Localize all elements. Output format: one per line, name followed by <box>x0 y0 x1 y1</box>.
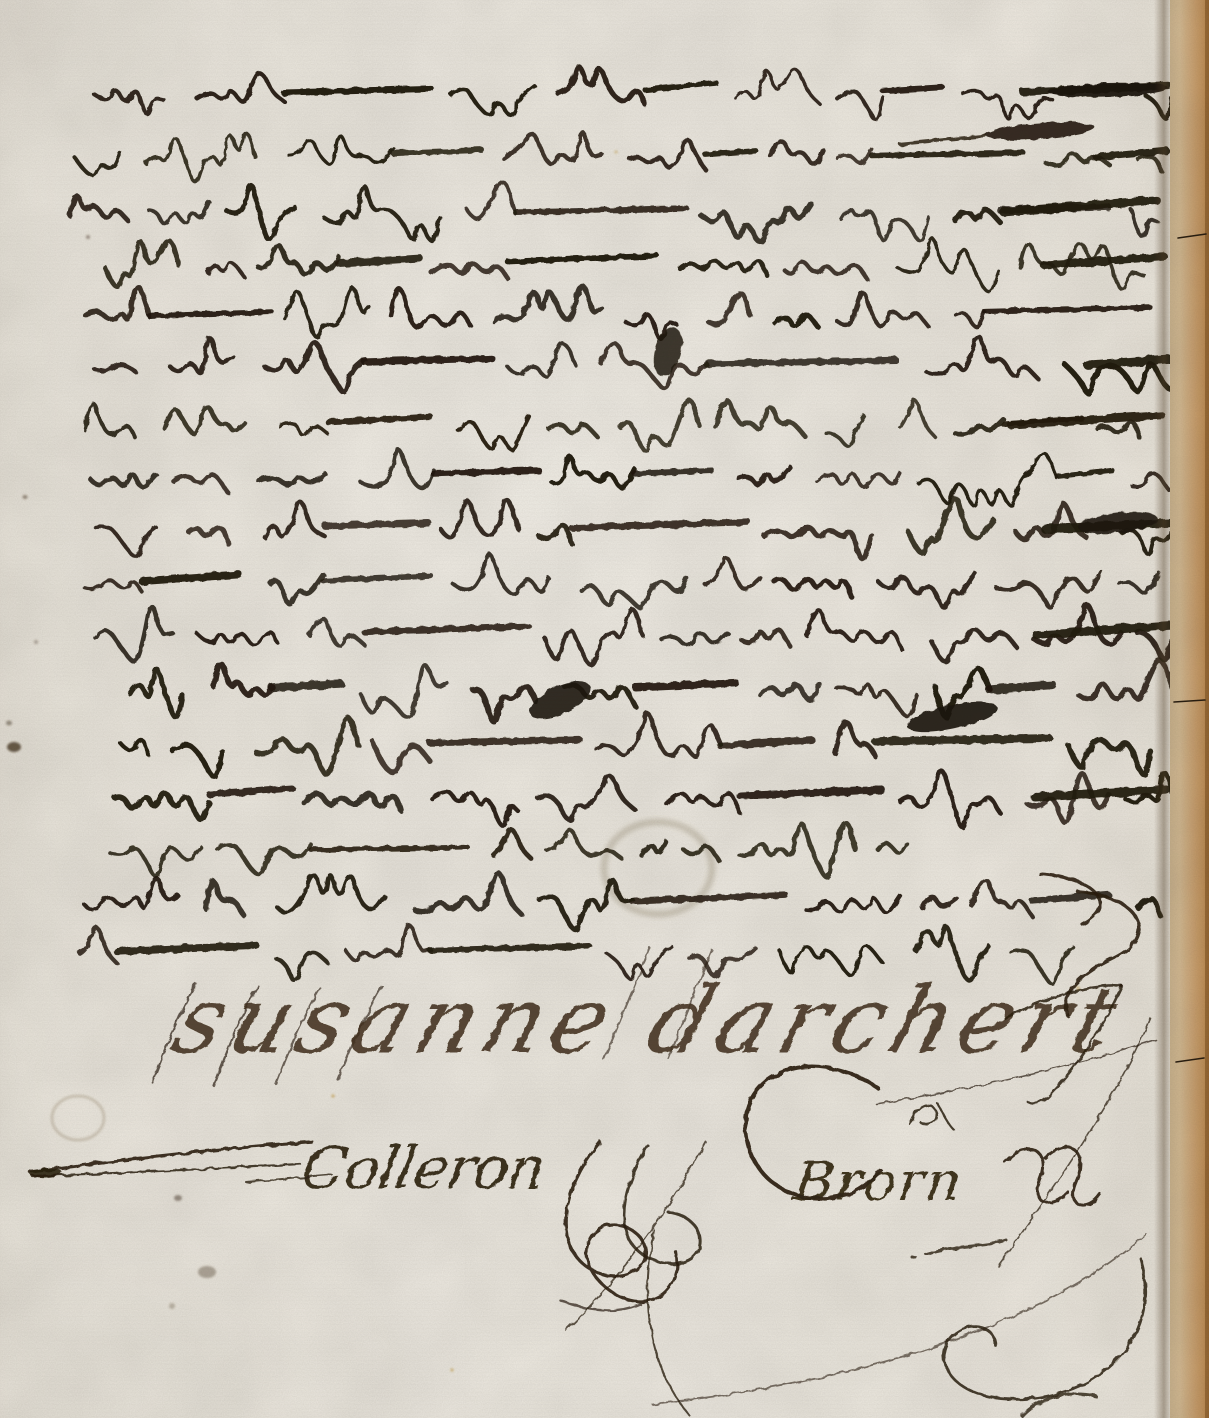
manuscript-svg: susanne darchert Colleron Brorn <box>0 0 1209 1418</box>
manuscript-page: susanne darchert Colleron Brorn <box>0 0 1209 1418</box>
paper-grain-overlay <box>0 0 1209 1418</box>
